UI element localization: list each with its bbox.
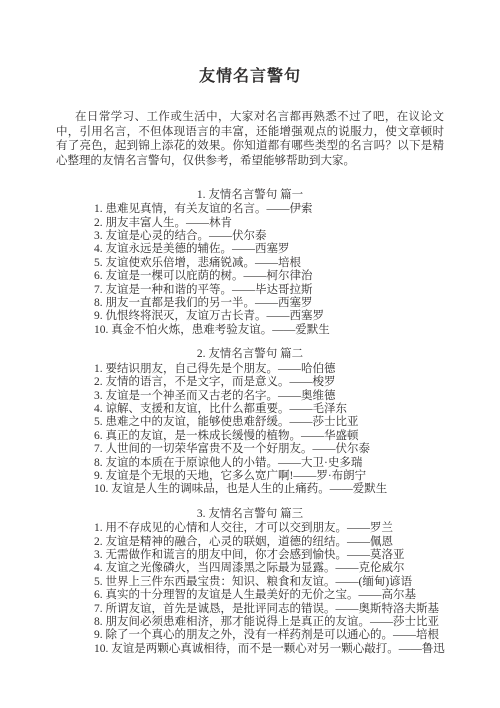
quote-line: 7. 所谓友谊，首先是诚恳，是批评同志的错误。——奥斯特洛夫斯基 <box>94 603 444 616</box>
quote-line: 8. 友谊的本质在于原谅他人的小错。——大卫·史多瑞 <box>94 457 444 470</box>
intro-paragraph: 在日常学习、工作或生活中，大家对名言都再熟悉不过了吧，在议论文中，引用名言，不但… <box>56 110 444 169</box>
quote-line: 7. 人世间的一切荣华富贵不及一个好朋友。——伏尔泰 <box>94 443 444 456</box>
section-3-quote-list: 1. 用不存成见的心情和人交往，才可以交到朋友。——罗兰 2. 友谊是精神的融合… <box>94 522 444 656</box>
quote-line: 8. 朋友间必须患难相济，那才能说得上是真正的友谊。——莎士比亚 <box>94 616 444 629</box>
document-page: 友情名言警句 在日常学习、工作或生活中，大家对名言都再熟悉不过了吧，在议论文中，… <box>0 0 500 708</box>
section-1-heading: 1. 友情名言警句 篇一 <box>56 189 444 202</box>
section-3-heading: 3. 友情名言警句 篇三 <box>56 508 444 521</box>
document-title: 友情名言警句 <box>56 68 444 85</box>
quote-line: 2. 友情的语言，不是文字，而是意义。——梭罗 <box>94 376 444 389</box>
quote-line: 4. 谅解、支援和友谊，比什么都重要。——毛泽东 <box>94 403 444 416</box>
quote-line: 5. 患难之中的友谊，能够使患难舒缓。——莎士比亚 <box>94 416 444 429</box>
quote-line: 9. 友谊是个无垠的天地，它多么宽广啊!——罗·布朗宁 <box>94 470 444 483</box>
section-quotes-3: 3. 友情名言警句 篇三 1. 用不存成见的心情和人交往，才可以交到朋友。——罗… <box>56 508 444 656</box>
quote-line: 9. 除了一个真心的朋友之外，没有一样药剂是可以通心的。——培根 <box>94 629 444 642</box>
quote-line: 2. 友谊是精神的融合，心灵的联姻，道德的纽结。——佩恩 <box>94 536 444 549</box>
quote-line: 5. 友谊使欢乐倍增，悲痛锐减。——培根 <box>94 257 444 270</box>
quote-line: 1. 要结识朋友，自己得先是个朋友。——哈伯德 <box>94 363 444 376</box>
quote-line: 4. 友谊之光像磷火，当四周漆黑之际最为显露。——克伦威尔 <box>94 562 444 575</box>
quote-line: 10. 友谊是两颗心真诚相待，而不是一颗心对另一颗心敲打。——鲁迅 <box>94 643 444 656</box>
section-2-quote-list: 1. 要结识朋友，自己得先是个朋友。——哈伯德 2. 友情的语言，不是文字，而是… <box>94 363 444 497</box>
section-quotes-1: 1. 友情名言警句 篇一 1. 患难见真情，有关友谊的名言。——伊索 2. 朋友… <box>56 189 444 337</box>
quote-line: 9. 仇恨终将泯灭，友谊万古长青。——西塞罗 <box>94 310 444 323</box>
quote-line: 1. 用不存成见的心情和人交往，才可以交到朋友。——罗兰 <box>94 522 444 535</box>
section-2-heading: 2. 友情名言警句 篇二 <box>56 348 444 361</box>
quote-line: 4. 友谊永远是美德的辅佐。——西塞罗 <box>94 243 444 256</box>
quote-line: 6. 真正的友谊，是一株成长缓慢的植物。——华盛顿 <box>94 430 444 443</box>
quote-line: 6. 真实的十分理智的友谊是人生最美好的无价之宝。——高尔基 <box>94 589 444 602</box>
quote-line: 10. 真金不怕火炼，患难考验友谊。——爱默生 <box>94 324 444 337</box>
quote-line: 3. 友谊是一个神圣而又古老的名字。——奥维德 <box>94 390 444 403</box>
quote-line: 3. 友谊是心灵的结合。——伏尔泰 <box>94 230 444 243</box>
quote-line: 5. 世界上三件东西最宝贵：知识、粮食和友谊。——(缅甸)谚语 <box>94 576 444 589</box>
quote-line: 2. 朋友丰富人生。——林肯 <box>94 217 444 230</box>
quote-line: 6. 友谊是一棵可以庇荫的树。——柯尔律治 <box>94 270 444 283</box>
quote-line: 1. 患难见真情，有关友谊的名言。——伊索 <box>94 203 444 216</box>
section-1-quote-list: 1. 患难见真情，有关友谊的名言。——伊索 2. 朋友丰富人生。——林肯 3. … <box>94 203 444 337</box>
quote-line: 8. 朋友一直都是我们的另一半。——西塞罗 <box>94 297 444 310</box>
section-quotes-2: 2. 友情名言警句 篇二 1. 要结识朋友，自己得先是个朋友。——哈伯德 2. … <box>56 348 444 496</box>
quote-line: 7. 友谊是一种和谐的平等。——毕达哥拉斯 <box>94 284 444 297</box>
quote-line: 3. 无需做作和谎言的朋友中间，你才会感到愉快。——莫洛亚 <box>94 549 444 562</box>
quote-line: 10. 友谊是人生的调味品，也是人生的止痛药。——爱默生 <box>94 483 444 496</box>
